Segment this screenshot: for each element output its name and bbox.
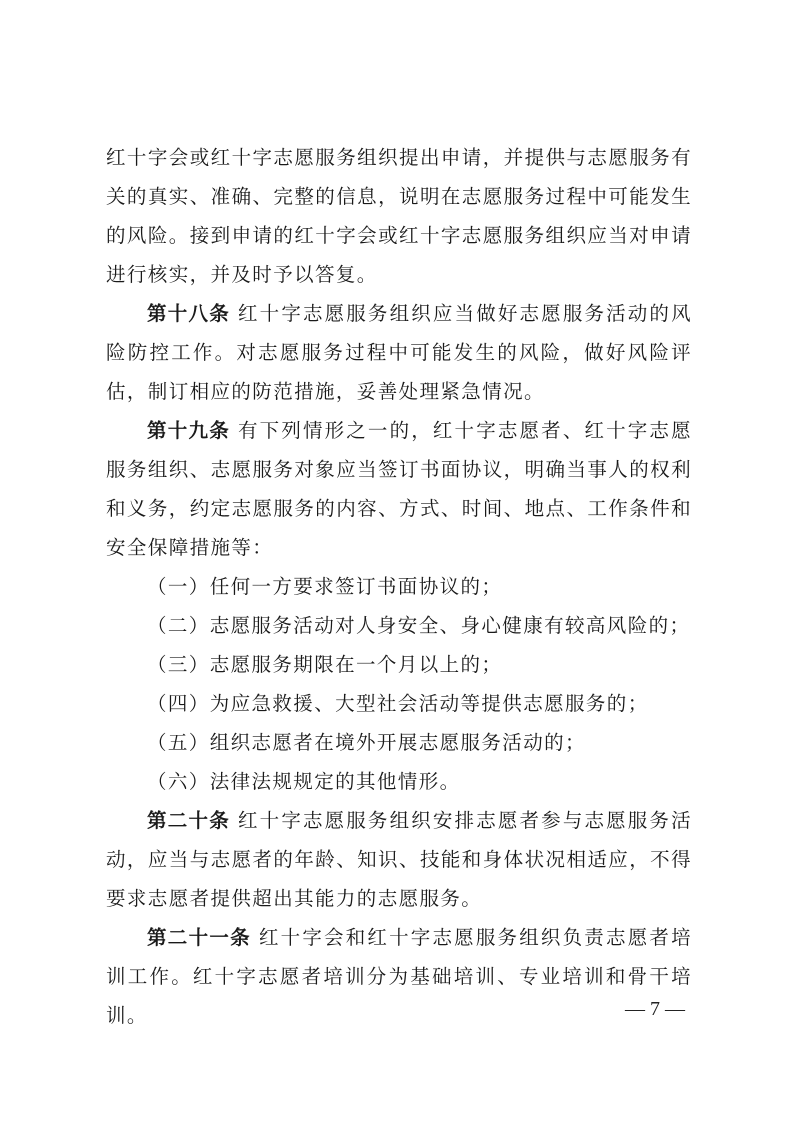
list-item: （一）任何一方要求签订书面协议的； [106,567,692,606]
list-item: （四）为应急救援、大型社会活动等提供志愿服务的； [106,684,692,723]
article-title: 第二十条 [147,809,230,832]
article-20: 第二十条红十字志愿服务组织安排志愿者参与志愿服务活动，应当与志愿者的年龄、知识、… [106,801,692,918]
list-item: （二）志愿服务活动对人身安全、身心健康有较高风险的； [106,606,692,645]
document-body: 红十字会或红十字志愿服务组织提出申请，并提供与志愿服务有关的真实、准确、完整的信… [106,138,692,1035]
article-title: 第二十一条 [147,926,251,949]
article-21: 第二十一条红十字会和红十字志愿服务组织负责志愿者培训工作。红十字志愿者培训分为基… [106,918,692,1035]
article-18: 第十八条红十字志愿服务组织应当做好志愿服务活动的风险防控工作。对志愿服务过程中可… [106,294,692,411]
continuation-paragraph: 红十字会或红十字志愿服务组织提出申请，并提供与志愿服务有关的真实、准确、完整的信… [106,138,692,294]
article-title: 第十九条 [147,419,230,442]
list-item: （五）组织志愿者在境外开展志愿服务活动的； [106,723,692,762]
list-item: （六）法律法规规定的其他情形。 [106,762,692,801]
list-item: （三）志愿服务期限在一个月以上的； [106,645,692,684]
article-19: 第十九条有下列情形之一的，红十字志愿者、红十字志愿服务组织、志愿服务对象应当签订… [106,411,692,567]
article-title: 第十八条 [147,302,230,325]
article-19-items: （一）任何一方要求签订书面协议的； （二）志愿服务活动对人身安全、身心健康有较高… [106,567,692,801]
page-number: — 7 — [610,998,700,1021]
